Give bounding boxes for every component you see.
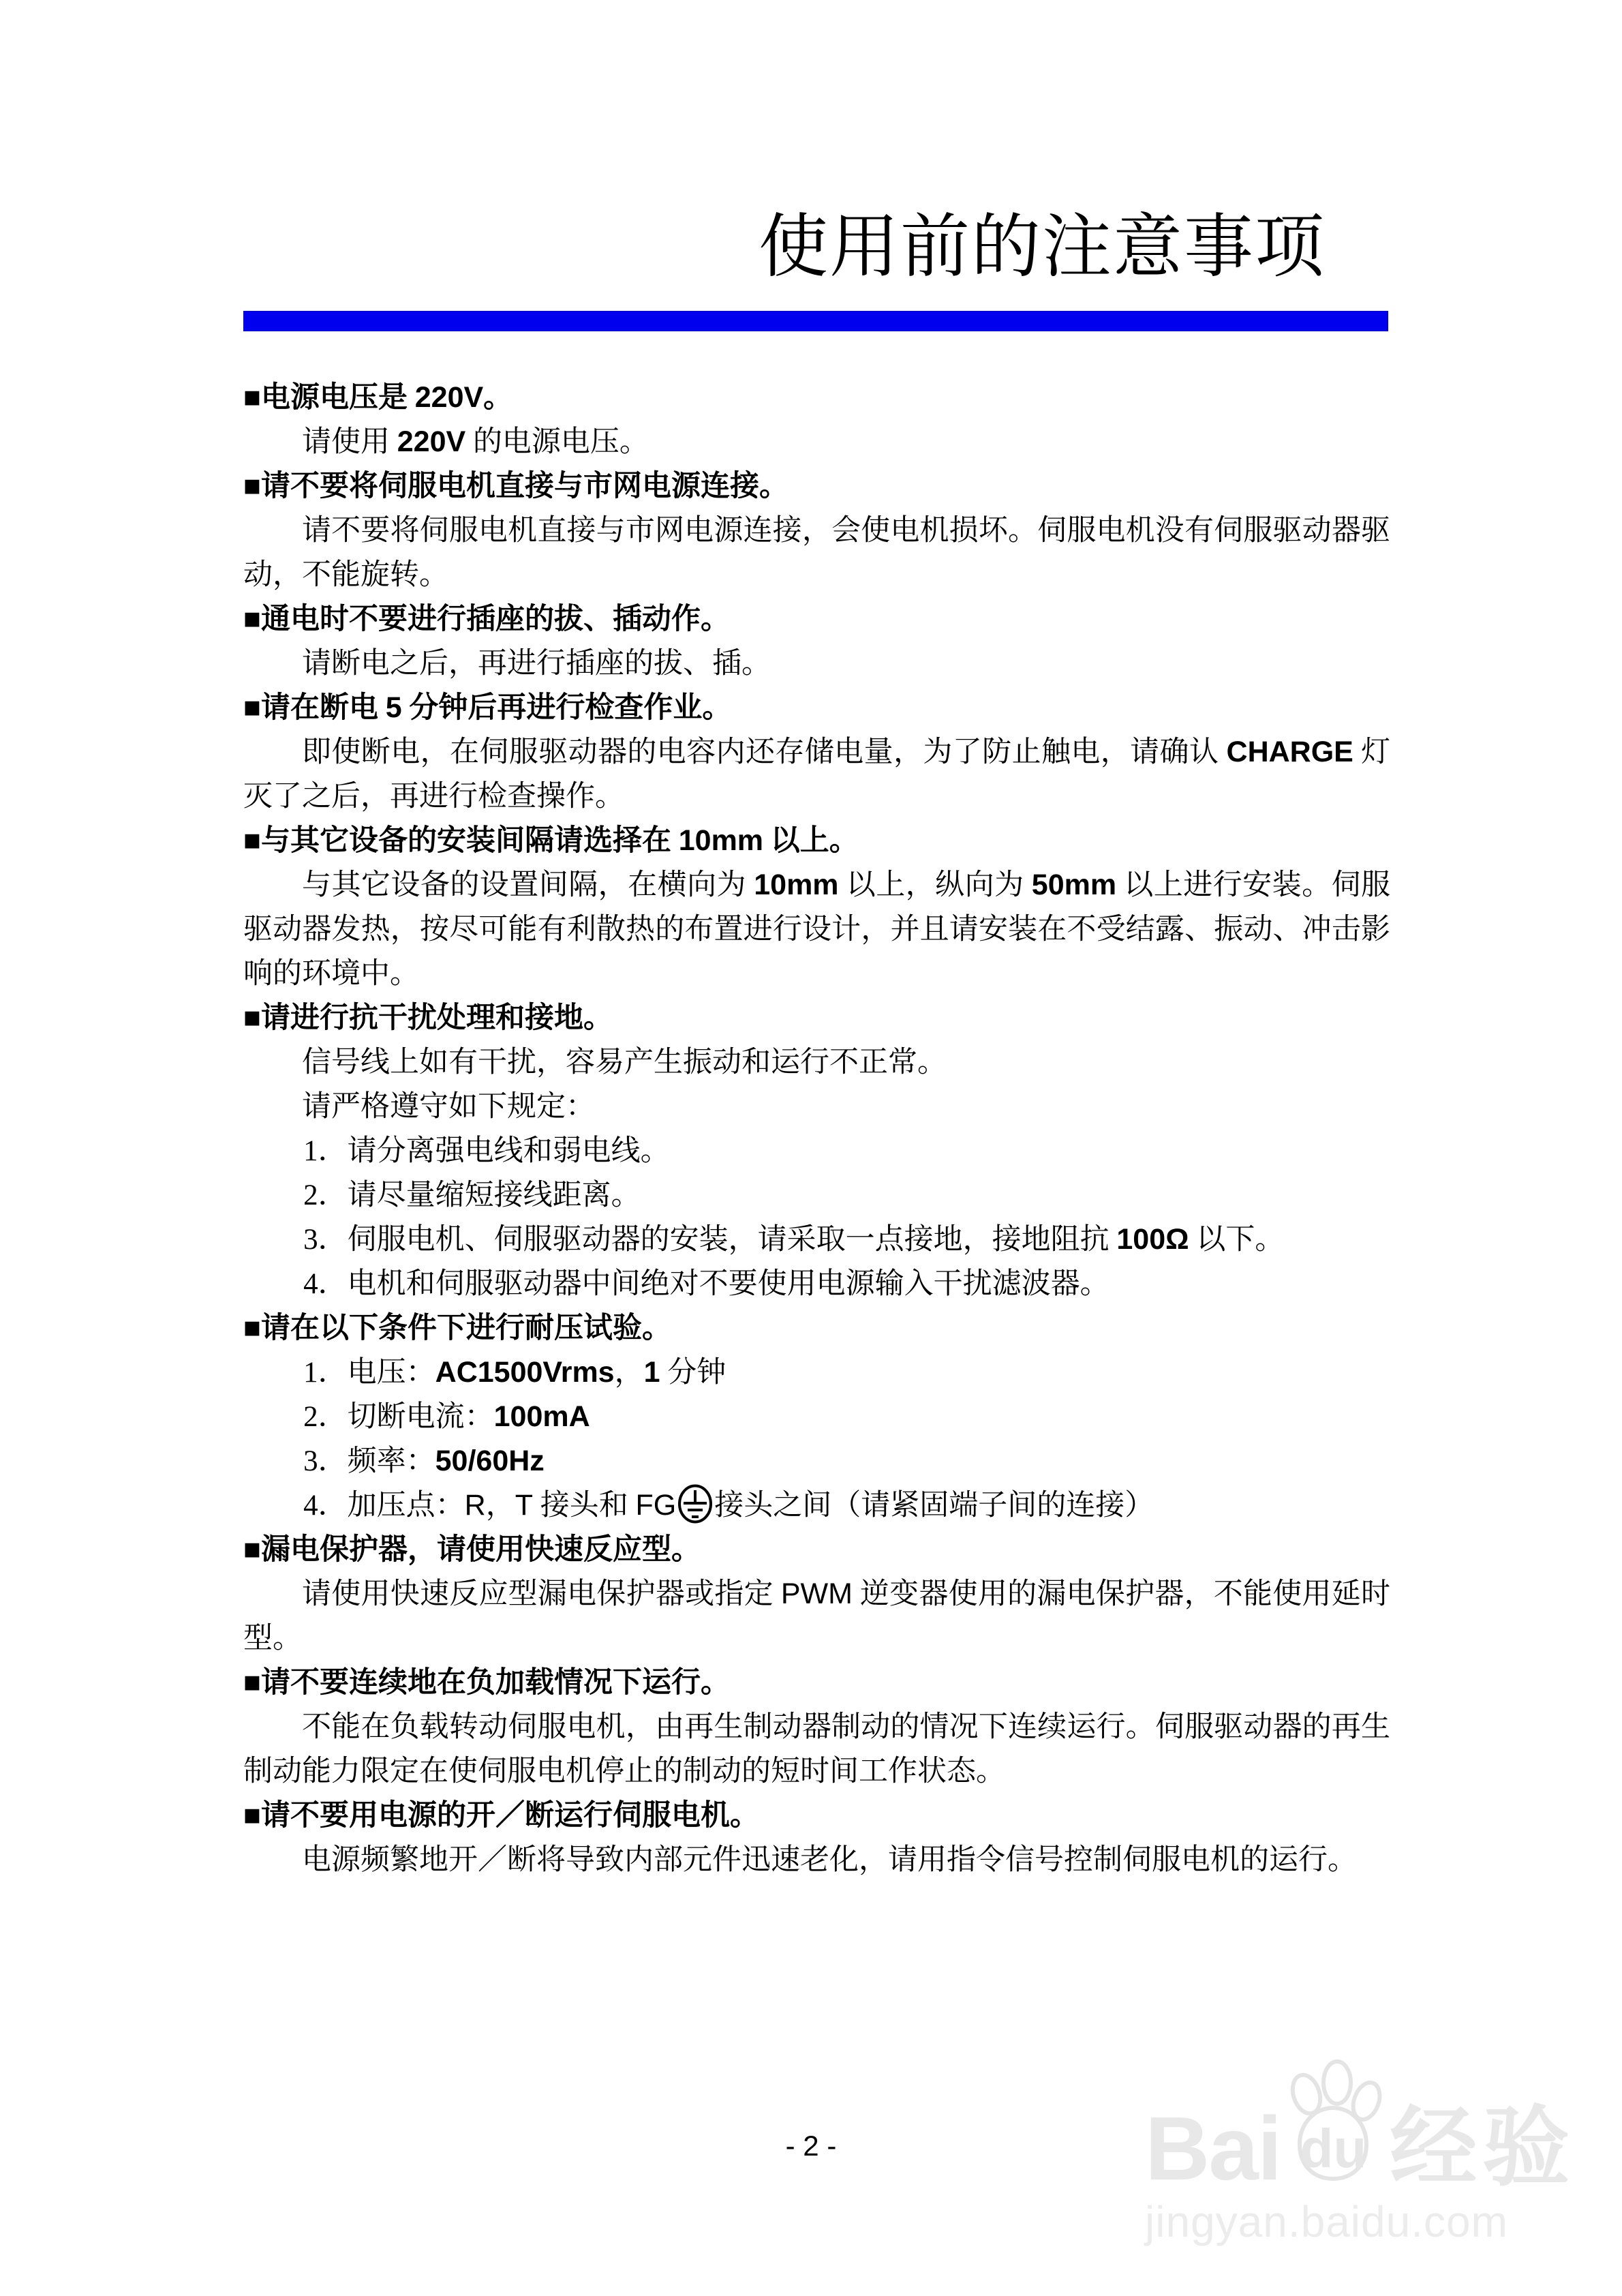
text-run: 请使用 [302,426,397,458]
text-run: 100mA [494,1400,590,1433]
text-run: 分钟 [660,1357,726,1389]
text-run: 电源频繁地开／断将导致内部元件迅速老化，请用指令信号控制伺服电机的运行。 [302,1844,1357,1876]
section: ■与其它设备的安装间隔请选择在 10mm 以上。与其它设备的设置间隔，在横向为 … [243,819,1390,996]
section-heading: ■漏电保护器，请使用快速反应型。 [243,1528,1390,1572]
paragraph: 请使用 220V 的电源电压。 [243,420,1390,464]
text-run: 请断电之后，再进行插座的拔、插。 [302,648,771,680]
doc-body: ■电源电压是 220V。请使用 220V 的电源电压。■请不要将伺服电机直接与市… [243,376,1390,1882]
section-heading: ■请在断电 5 分钟后再进行检查作业。 [243,686,1390,730]
section-heading: ■请不要连续地在负加载情况下运行。 [243,1661,1390,1705]
text-run: 以上。 [763,825,859,857]
paragraph: 信号线上如有干扰，容易产生振动和运行不正常。 [243,1040,1390,1085]
text-run: 接头和 [533,1490,636,1522]
text-run: 。 [483,382,512,414]
text-run: 信号线上如有干扰，容易产生振动和运行不正常。 [302,1046,947,1078]
text-run: 5 [386,691,402,724]
text-run: ■请在断电 [243,692,386,724]
text-run: PWM [781,1577,853,1610]
text-run: 以下。 [1189,1224,1285,1256]
text-run: ■与其它设备的安装间隔请选择在 [243,825,679,857]
item-number: 3． [303,1445,348,1477]
title-divider [243,311,1388,331]
page-title: 使用前的注意事项 [243,205,1326,292]
text-run: 电机和伺服驱动器中间绝对不要使用电源输入干扰滤波器。 [348,1268,1110,1300]
earth-ground-icon [677,1484,713,1524]
section-heading: ■请不要用电源的开／断运行伺服电机。 [243,1794,1390,1838]
paw-icon: du [1271,2059,1395,2190]
text-run: 100Ω [1116,1223,1189,1256]
text-run: 分钟后再进行检查作业。 [402,692,732,724]
text-run: ■通电时不要进行插座的拔、插动作。 [243,603,730,635]
watermark-baidu-text: Bai [1145,2107,1281,2190]
list-item: 2．请尽量缩短接线距离。 [243,1173,1390,1218]
text-run: 切断电流： [348,1401,494,1433]
list-item: 4．加压点：R，T 接头和 FG接头之间（请紧固端子间的连接） [243,1483,1390,1528]
section-heading: ■请在以下条件下进行耐压试验。 [243,1306,1390,1350]
list-item: 1．请分离强电线和弱电线。 [243,1129,1390,1173]
item-number: 1． [303,1135,348,1167]
text-run: 10mm [679,824,763,857]
section: ■请在以下条件下进行耐压试验。1．电压：AC1500Vrms，1 分钟2．切断电… [243,1306,1390,1528]
text-run: ， [486,1490,515,1522]
section: ■请不要将伺服电机直接与市网电源连接。请不要将伺服电机直接与市网电源连接，会使电… [243,464,1390,597]
text-run: ■请不要连续地在负加载情况下运行。 [243,1667,730,1699]
text-run: 即使断电，在伺服驱动器的电容内还存储电量，为了防止触电，请确认 [302,736,1227,768]
section-heading: ■与其它设备的安装间隔请选择在 10mm 以上。 [243,819,1390,863]
text-run: ■漏电保护器，请使用快速反应型。 [243,1534,701,1566]
section: ■请不要用电源的开／断运行伺服电机。电源频繁地开／断将导致内部元件迅速老化，请用… [243,1794,1390,1882]
list-item: 2．切断电流：100mA [243,1395,1390,1439]
text-run: 请不要将伺服电机直接与市网电源连接，会使电机损坏。伺服电机没有伺服驱动器驱动，不… [243,515,1390,591]
document-page: 使用前的注意事项 ■电源电压是 220V。请使用 220V 的电源电压。■请不要… [0,0,1622,2296]
paragraph: 请严格遵守如下规定： [243,1085,1390,1129]
section-heading: ■请进行抗干扰处理和接地。 [243,996,1390,1040]
watermark-url: jingyan.baidu.com [1145,2196,1622,2247]
text-run: 50mm [1032,868,1116,901]
paragraph: 请断电之后，再进行插座的拔、插。 [243,641,1390,686]
list-item: 3．伺服电机、伺服驱动器的安装，请采取一点接地，接地阻抗 100Ω 以下。 [243,1218,1390,1262]
text-run: 1 [644,1356,660,1389]
text-run: 频率： [348,1445,435,1477]
text-run: FG [635,1489,676,1522]
section: ■请进行抗干扰处理和接地。信号线上如有干扰，容易产生振动和运行不正常。请严格遵守… [243,996,1390,1306]
text-run: 接头之间（请紧固端子间的连接） [714,1490,1154,1522]
section-heading: ■请不要将伺服电机直接与市网电源连接。 [243,464,1390,509]
item-number: 4． [303,1490,348,1522]
text-run: R [465,1489,486,1522]
text-run: T [515,1489,533,1522]
text-run: ■请不要将伺服电机直接与市网电源连接。 [243,470,789,502]
item-number: 4． [303,1268,348,1300]
paragraph: 与其它设备的设置间隔，在横向为 10mm 以上，纵向为 50mm 以上进行安装。… [243,863,1390,996]
section: ■通电时不要进行插座的拔、插动作。请断电之后，再进行插座的拔、插。 [243,597,1390,686]
text-run: 请尽量缩短接线距离。 [348,1179,641,1211]
watermark-logo: Bai du 经验 [1145,2059,1622,2190]
item-number: 3． [303,1224,348,1256]
watermark-du-text: du [1300,2121,1367,2176]
text-run: 请分离强电线和弱电线。 [348,1135,670,1167]
text-run: CHARGE [1227,736,1353,768]
text-run: AC1500Vrms [435,1356,615,1389]
text-run: ■电源电压是 [243,382,415,414]
text-run: 电压： [348,1357,435,1389]
text-run: 与其它设备的设置间隔，在横向为 [302,869,754,901]
section-heading: ■通电时不要进行插座的拔、插动作。 [243,597,1390,641]
list-item: 3．频率：50/60Hz [243,1439,1390,1483]
list-item: 4．电机和伺服驱动器中间绝对不要使用电源输入干扰滤波器。 [243,1262,1390,1306]
text-run: 请严格遵守如下规定： [302,1091,595,1123]
paragraph: 不能在负载转动伺服电机，由再生制动器制动的情况下连续运行。伺服驱动器的再生制动能… [243,1705,1390,1794]
section: ■电源电压是 220V。请使用 220V 的电源电压。 [243,376,1390,464]
text-run: 10mm [754,868,838,901]
section: ■请在断电 5 分钟后再进行检查作业。即使断电，在伺服驱动器的电容内还存储电量，… [243,686,1390,819]
section: ■漏电保护器，请使用快速反应型。请使用快速反应型漏电保护器或指定 PWM 逆变器… [243,1528,1390,1661]
text-run: 的电源电压。 [465,426,649,458]
text-run: ■请进行抗干扰处理和接地。 [243,1002,613,1034]
text-run: 请使用快速反应型漏电保护器或指定 [302,1578,781,1610]
paragraph: 即使断电，在伺服驱动器的电容内还存储电量，为了防止触电，请确认 CHARGE 灯… [243,730,1390,819]
text-run: ， [615,1357,644,1389]
text-run: 不能在负载转动伺服电机，由再生制动器制动的情况下连续运行。伺服驱动器的再生制动能… [243,1711,1390,1787]
list-item: 1．电压：AC1500Vrms，1 分钟 [243,1350,1390,1395]
item-number: 1． [303,1357,348,1389]
text-run: 50/60Hz [435,1445,545,1477]
paragraph: 请使用快速反应型漏电保护器或指定 PWM 逆变器使用的漏电保护器，不能使用延时型… [243,1572,1390,1661]
watermark-jingyan-text: 经验 [1390,2106,1575,2190]
text-run: ■请不要用电源的开／断运行伺服电机。 [243,1800,759,1832]
section: ■请不要连续地在负加载情况下运行。不能在负载转动伺服电机，由再生制动器制动的情况… [243,1661,1390,1794]
text-run: 加压点： [348,1490,465,1522]
item-number: 2． [303,1179,348,1211]
paragraph: 请不要将伺服电机直接与市网电源连接，会使电机损坏。伺服电机没有伺服驱动器驱动，不… [243,509,1390,597]
text-run: 220V [415,381,483,414]
watermark: Bai du 经验 jingyan.baidu.com [1145,2059,1622,2247]
text-run: 220V [397,425,465,458]
item-number: 2． [303,1401,348,1433]
paragraph: 电源频繁地开／断将导致内部元件迅速老化，请用指令信号控制伺服电机的运行。 [243,1838,1390,1882]
section-heading: ■电源电压是 220V。 [243,376,1390,420]
text-run: 伺服电机、伺服驱动器的安装，请采取一点接地，接地阻抗 [348,1224,1117,1256]
text-run: 以上，纵向为 [839,869,1032,901]
text-run: ■请在以下条件下进行耐压试验。 [243,1312,671,1344]
